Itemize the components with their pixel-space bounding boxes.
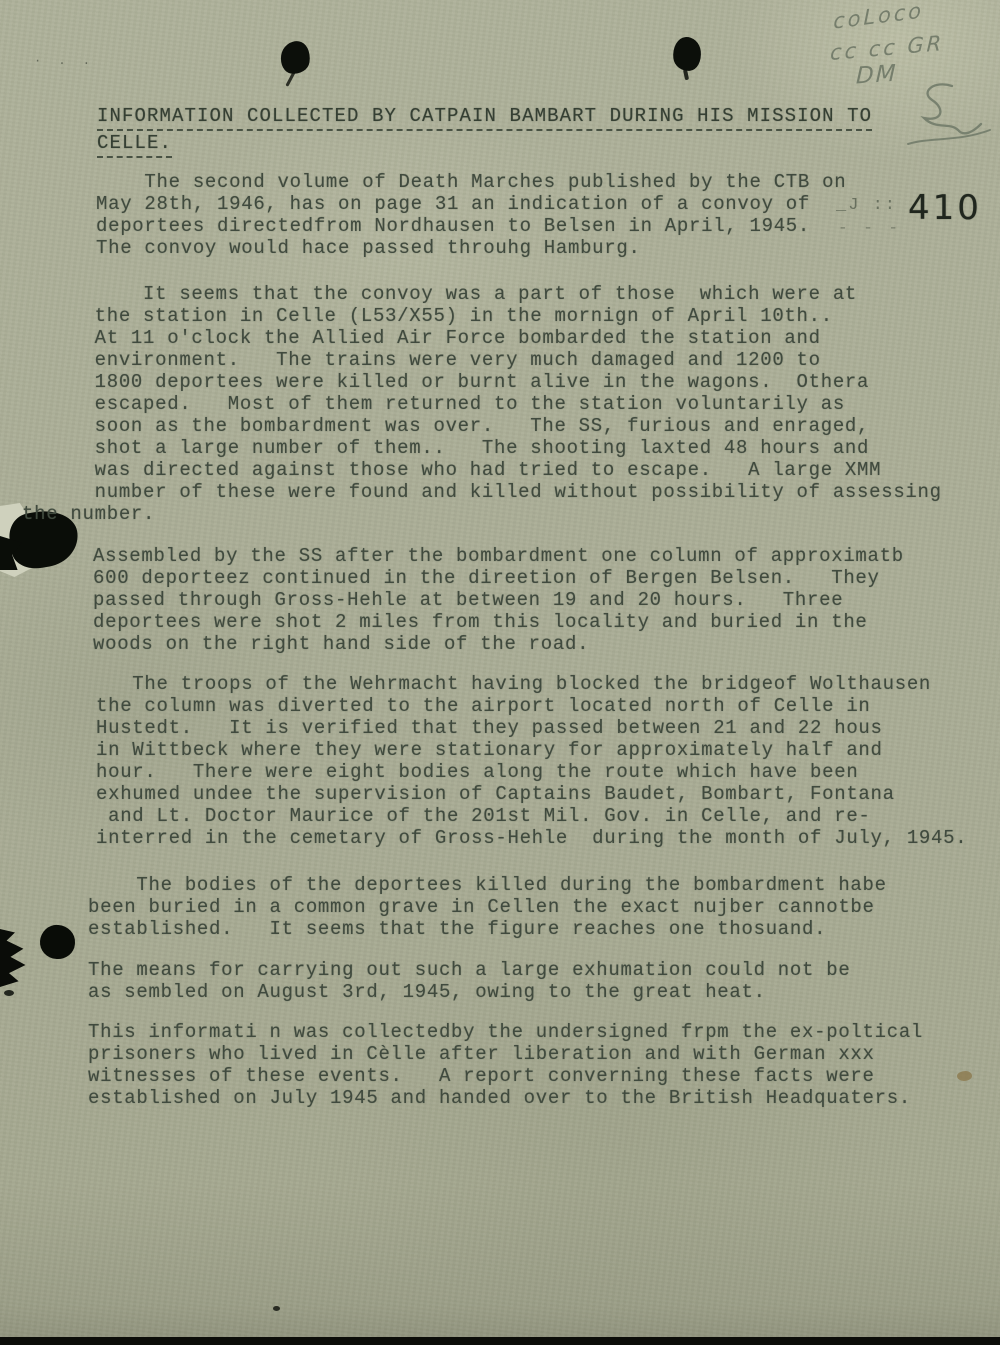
ink-blot-tail [285,71,295,87]
paragraph-5: The bodies of the deportees killed durin… [88,874,887,940]
corner-specks: · . . [34,54,95,68]
page-number-stamp: 410 [908,188,982,228]
ink-speck [4,990,14,996]
punch-hole-mark [39,924,76,960]
signature-scribble [890,80,995,154]
stain-spot [957,1071,972,1081]
ink-speck [273,1306,280,1311]
typed-artifact-dashes: - - - [838,219,901,237]
pencil-annotation-1: coLoco [833,0,924,34]
ink-blot-top-right [671,36,702,73]
paragraph-4: The troops of the Wehrmacht having block… [96,673,967,849]
paragraph-3: Assembled by the SS after the bombardmen… [93,545,904,655]
scanned-document-page: coLoco cc cc GR DM · . . _J :: - - - 410… [0,0,1000,1345]
title-line-1: INFORMATION COLLECTED BY CATPAIN BAMBART… [97,104,872,131]
ink-blot-top-left [279,39,312,76]
paragraph-1: The second volume of Death Marches publi… [96,171,846,259]
paragraph-2: It seems that the convoy was a part of t… [22,283,942,525]
paragraph-7: This informati n was collectedby the und… [88,1021,923,1109]
title-line-2: CELLE. [97,131,172,158]
pencil-annotation-2: cc cc GR [830,31,945,65]
edge-ink-mark [0,929,30,987]
document-title: INFORMATION COLLECTED BY CATPAIN BAMBART… [97,104,872,158]
scan-edge-strip [0,1337,1000,1345]
paragraph-6: The means for carrying out such a large … [88,959,850,1003]
